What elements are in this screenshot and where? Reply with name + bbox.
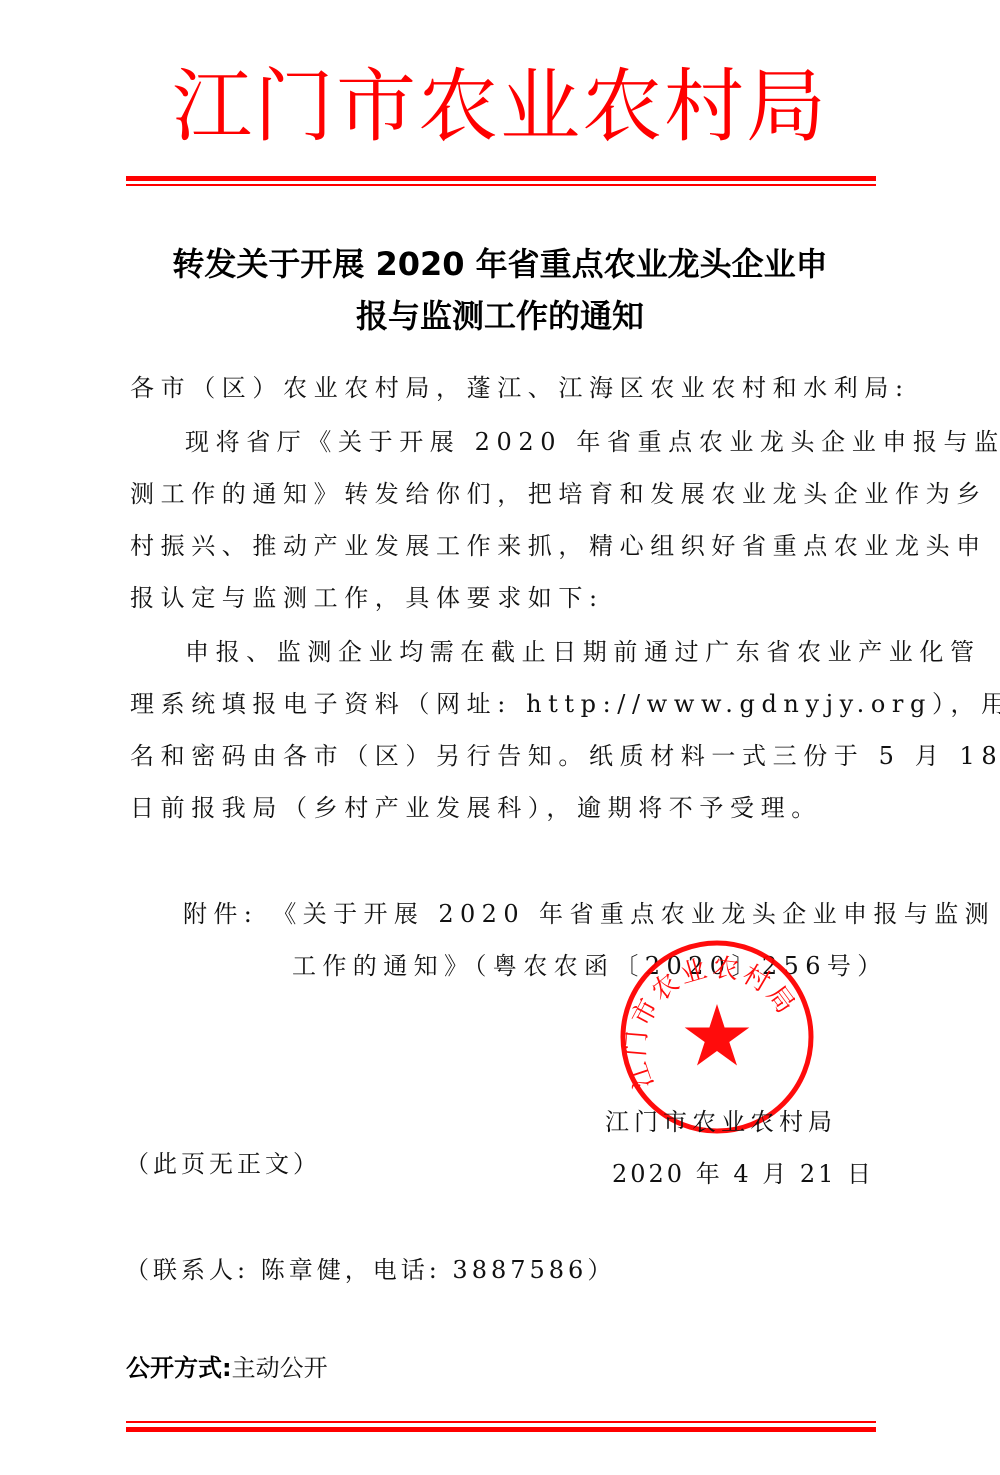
paragraph-2-line: 申报、监测企业均需在截止日期前通过广东省农业产业化管 bbox=[185, 636, 945, 668]
signature-organization: 江门市农业农村局 bbox=[605, 1106, 837, 1138]
contact-info: （联系人: 陈章健，电话: 3887586） bbox=[125, 1254, 615, 1286]
disclosure-label: 公开方式: bbox=[126, 1354, 232, 1382]
disclosure-value: 主动公开 bbox=[232, 1354, 328, 1382]
paragraph-2-line: 理系统填报电子资料（网址: http://www.gdnyjy.org），用户 bbox=[130, 688, 890, 720]
paragraph-1-line: 村振兴、推动产业发展工作来抓，精心组织好省重点农业龙头申 bbox=[130, 530, 890, 562]
attachment-line-2: 工作的通知》（粤农农函〔2020〕256号） bbox=[292, 950, 888, 982]
paragraph-1-line: 报认定与监测工作，具体要求如下: bbox=[130, 582, 890, 614]
document-title-line-2: 报与监测工作的通知 bbox=[120, 296, 880, 336]
footer-rule-thin bbox=[126, 1421, 876, 1423]
disclosure: 公开方式:主动公开 bbox=[126, 1352, 328, 1384]
star-icon bbox=[685, 1004, 750, 1066]
paragraph-1-line: 现将省厅《关于开展 2020 年省重点农业龙头企业申报与监 bbox=[185, 426, 945, 458]
letterhead-issuer: 江门市农业农村局 bbox=[0, 52, 1000, 162]
salutation: 各市（区）农业农村局，蓬江、江海区农业农村和水利局: bbox=[130, 372, 890, 404]
paragraph-2-line: 名和密码由各市（区）另行告知。纸质材料一式三份于 5 月 18 bbox=[130, 740, 890, 772]
paragraph-1-line: 测工作的通知》转发给你们，把培育和发展农业龙头企业作为乡 bbox=[130, 478, 890, 510]
header-rule-thick bbox=[126, 176, 876, 181]
attachment-line-1: 附件: 《关于开展 2020 年省重点农业龙头企业申报与监测 bbox=[183, 898, 995, 930]
footer-rule-thick bbox=[126, 1427, 876, 1432]
document-title-line-1: 转发关于开展 2020 年省重点农业龙头企业申 bbox=[120, 244, 880, 284]
paragraph-2-line: 日前报我局（乡村产业发展科），逾期将不予受理。 bbox=[130, 792, 890, 824]
no-body-note: （此页无正文） bbox=[125, 1148, 321, 1180]
header-rule-thin bbox=[126, 184, 876, 186]
signature-date: 2020 年 4 月 21 日 bbox=[612, 1158, 874, 1190]
